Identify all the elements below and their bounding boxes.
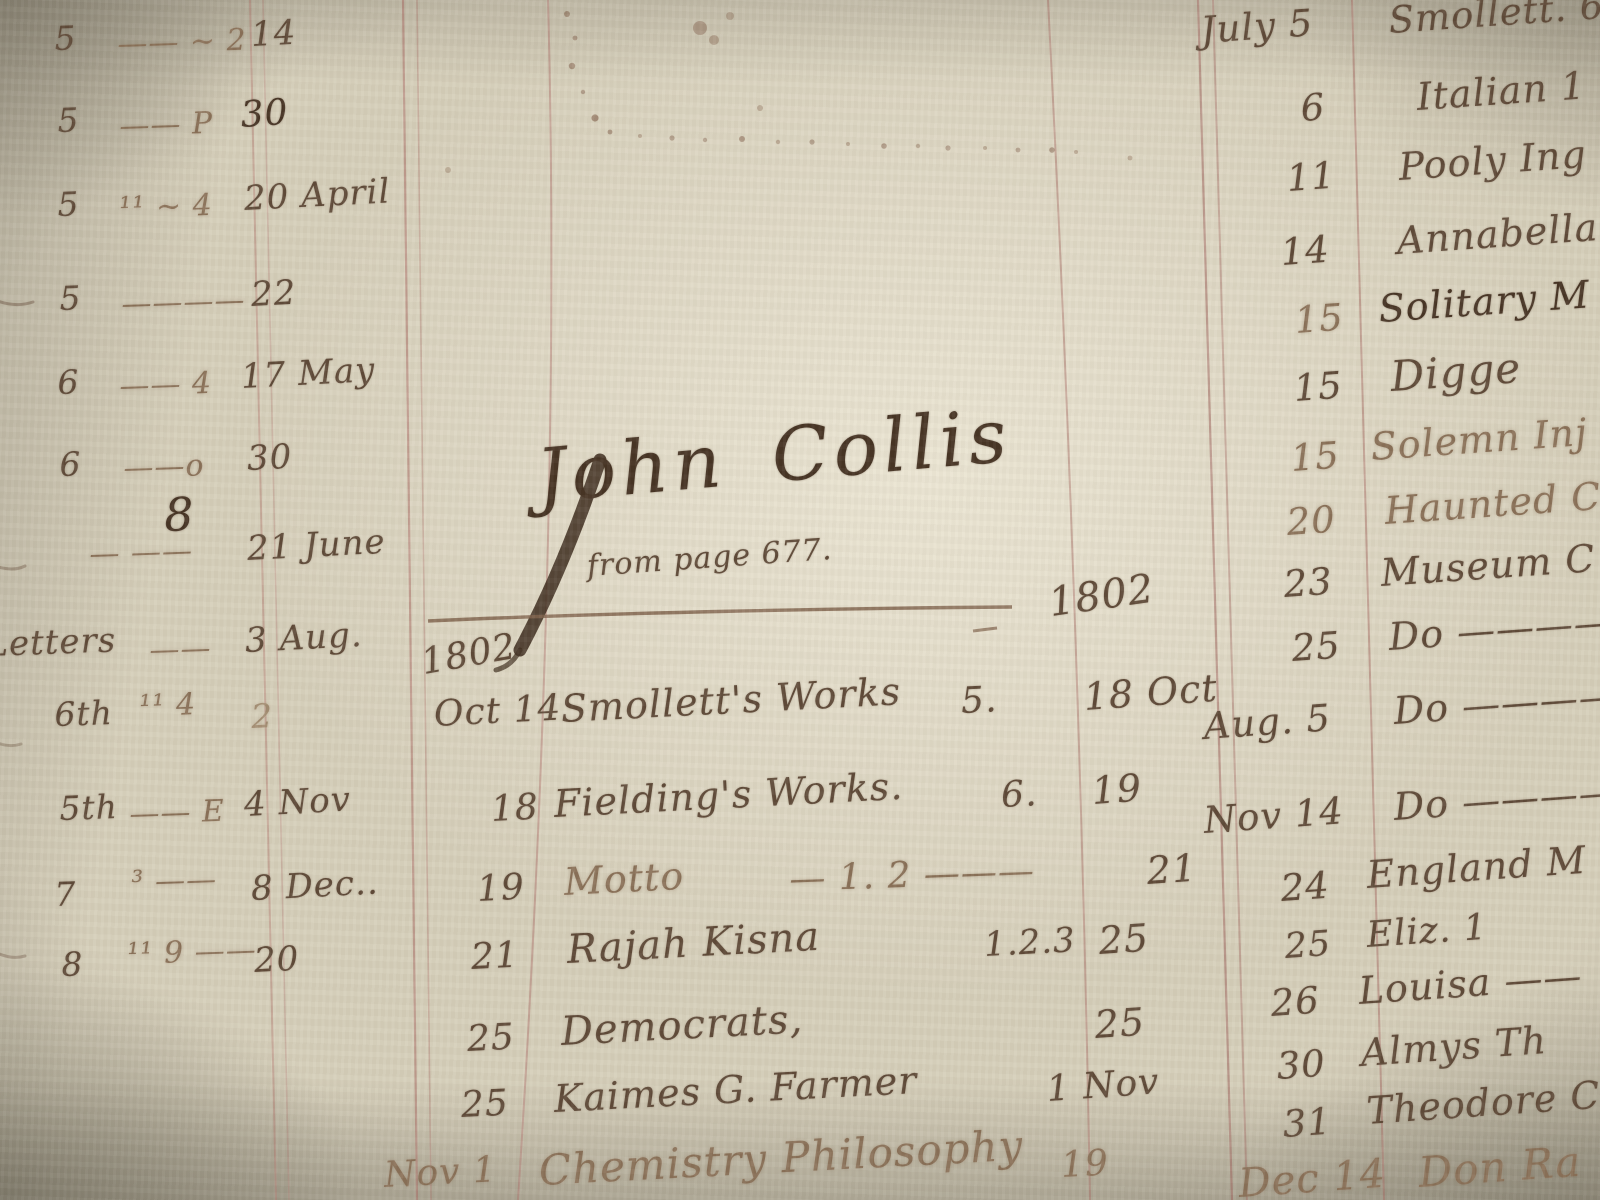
left-num: 5 [59, 281, 82, 315]
left-num: 7 [54, 877, 77, 911]
right-title: Eliz. 1 [1365, 910, 1488, 954]
left-num: 6 [59, 447, 82, 481]
left-num: 5 [54, 21, 77, 55]
left-ditto: ¹¹ 4 [139, 690, 197, 722]
left-ditto: ———— [121, 286, 246, 320]
left-ditto: —— ~ 2 [117, 26, 247, 60]
right-day: Nov 14 [1202, 792, 1345, 839]
entry-date: Nov 1 [383, 1152, 498, 1194]
right-day: 15 [1289, 437, 1341, 477]
right-day: 30 [1275, 1045, 1327, 1085]
right-day: 15 [1292, 367, 1344, 407]
left-val: 21 June [246, 525, 386, 566]
left-val: 3 Aug. [244, 618, 363, 658]
left-val: 4 Nov [243, 782, 352, 822]
right-day: 11 [1285, 157, 1337, 197]
left-ditto: ³ —— [131, 865, 218, 898]
left-num: 5th [59, 790, 119, 825]
left-val: 22 [250, 276, 297, 312]
right-day: 31 [1281, 1103, 1333, 1143]
entry-title: Motto [563, 857, 685, 901]
right-day: July 5 [1199, 4, 1314, 49]
ledger-page-photo: John Collis from page 677. 1802 1802 Oct… [0, 0, 1600, 1200]
entry-return: 25 [1097, 919, 1150, 960]
right-title: Don Ra [1417, 1141, 1583, 1194]
entry-return: 18 Oct [1082, 669, 1218, 716]
left-ditto: — —— [89, 536, 194, 570]
left-num: Letters [0, 623, 117, 662]
left-val: 30 [246, 440, 293, 476]
right-day: 14 [1279, 231, 1331, 271]
entry-date: 21 [470, 938, 520, 976]
entry-return: 25 [1093, 1003, 1146, 1044]
left-ditto: —— E [129, 797, 225, 830]
entry-volume: 19 [1060, 1146, 1110, 1184]
entry-volume: 6. [1000, 776, 1038, 814]
left-ditto: ¹¹ 9 —— [127, 936, 257, 970]
entry-date: 25 [466, 1020, 516, 1058]
right-day: 20 [1285, 501, 1337, 541]
left-num: 6 [57, 365, 80, 399]
left-ditto: —— [149, 634, 212, 666]
entry-volume: — 1. 2 ——— [789, 853, 1036, 898]
left-val: 2 [250, 699, 274, 733]
left-ditto: —— 4 [119, 369, 213, 402]
right-day: Dec 14 [1237, 1154, 1387, 1200]
left-val: 30 [239, 95, 289, 134]
right-day: 26 [1269, 982, 1321, 1022]
left-val: 17 May [240, 353, 376, 394]
left-ditto: ¹¹ ~ 4 [119, 191, 213, 224]
right-day: 25 [1290, 627, 1342, 667]
entry-volume: 1.2.3 [983, 923, 1076, 962]
right-day: Aug. 5 [1202, 699, 1332, 745]
left-num: 6th [54, 696, 114, 731]
entry-return: 21 [1145, 849, 1198, 890]
entry-date: Oct 14 [433, 690, 562, 733]
right-day: 25 [1284, 927, 1333, 965]
right-day: 6 [1299, 88, 1326, 127]
entry-volume: 5. [960, 682, 998, 720]
entry-return: 19 [1090, 769, 1143, 810]
right-day: 15 [1293, 299, 1345, 339]
right-day: 23 [1282, 563, 1334, 603]
right-day: 24 [1279, 867, 1331, 907]
right-title: Digge [1389, 347, 1522, 398]
ink-specks [445, 11, 1132, 173]
left-num: 5 [57, 187, 80, 221]
left-val: 20 April [243, 174, 391, 216]
entry-date: 18 [490, 790, 540, 828]
right-title: Italian 1 [1415, 66, 1587, 116]
left-num: 5 [57, 103, 80, 137]
entry-date: 19 [476, 870, 526, 908]
entry-title: Democrats, [560, 999, 804, 1052]
left-ditto: —— P [119, 109, 214, 142]
left-num: 8 [163, 491, 195, 538]
ink-underline [428, 607, 1012, 621]
left-num: 8 [61, 947, 84, 981]
left-val: 20 [253, 942, 300, 978]
ink-underline-dash [973, 628, 997, 631]
entry-date: 25 [460, 1086, 510, 1124]
left-ditto: ——o [123, 451, 205, 484]
left-val: 14 [250, 16, 297, 52]
entry-return: 1 Nov [1045, 1064, 1160, 1108]
left-val: 8 Dec.. [250, 865, 379, 906]
